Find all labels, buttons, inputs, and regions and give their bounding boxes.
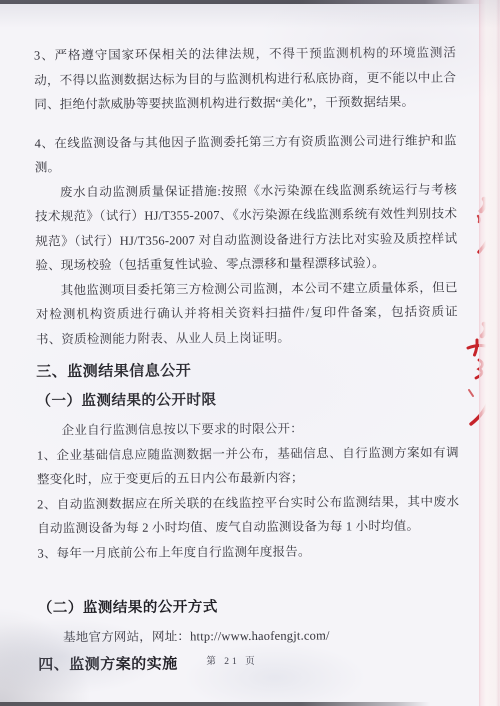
paragraph-wastewater-qa: 废水自动监测质量保证措施:按照《水污染源在线监测系统运行与考核技术规范》（试行）…	[35, 177, 458, 278]
paragraph-online-devices: 4、在线监测设备与其他因子监测委托第三方有资质监测公司进行维护和监测。	[35, 128, 457, 180]
paragraph-disclosure-item-2: 2、自动监测数据应在所关联的在线监控平台实时公布监测结果，其中废水自动监测设备为…	[37, 489, 459, 541]
scanned-document-page: 3、严格遵守国家环保相关的法律法规，不得干预监测机构的环境监测活动，不得以监测数…	[0, 0, 500, 706]
scan-edge-bottom	[0, 702, 430, 706]
page-right-margin-band	[479, 0, 500, 706]
subsection-heading-3-1: （一）监测结果的公开时限	[36, 386, 458, 415]
document-content: 3、严格遵守国家环保相关的法律法规，不得干预监测机构的环境监测活动，不得以监测数…	[0, 0, 500, 678]
paragraph-disclosure-item-3: 3、每年一月底前公布上年度自行监测年度报告。	[37, 538, 459, 565]
paragraph-website: 基地官方网站，网址：http://www.haofengjt.com/	[38, 623, 460, 650]
section-heading-3: 三、监测结果信息公开	[36, 357, 458, 386]
paragraph-third-party: 其他监测项目委托第三方检测公司监测，本公司不建立质量体系，但已对检测机构资质进行…	[36, 275, 459, 351]
paragraph-disclosure-intro: 企业自行监测信息按以下要求的时限公开：	[37, 416, 459, 443]
subsection-heading-3-2: （二）监测结果的公开方式	[38, 593, 460, 622]
paragraph-law-compliance: 3、严格遵守国家环保相关的法律法规，不得干预监测机构的环境监测活动，不得以监测数…	[34, 41, 457, 117]
paragraph-disclosure-item-1: 1、企业基础信息应随监测数据一并公布，基础信息、自行监测方案如有调整变化时，应于…	[37, 440, 459, 492]
page-number: 第 21 页	[0, 653, 500, 667]
